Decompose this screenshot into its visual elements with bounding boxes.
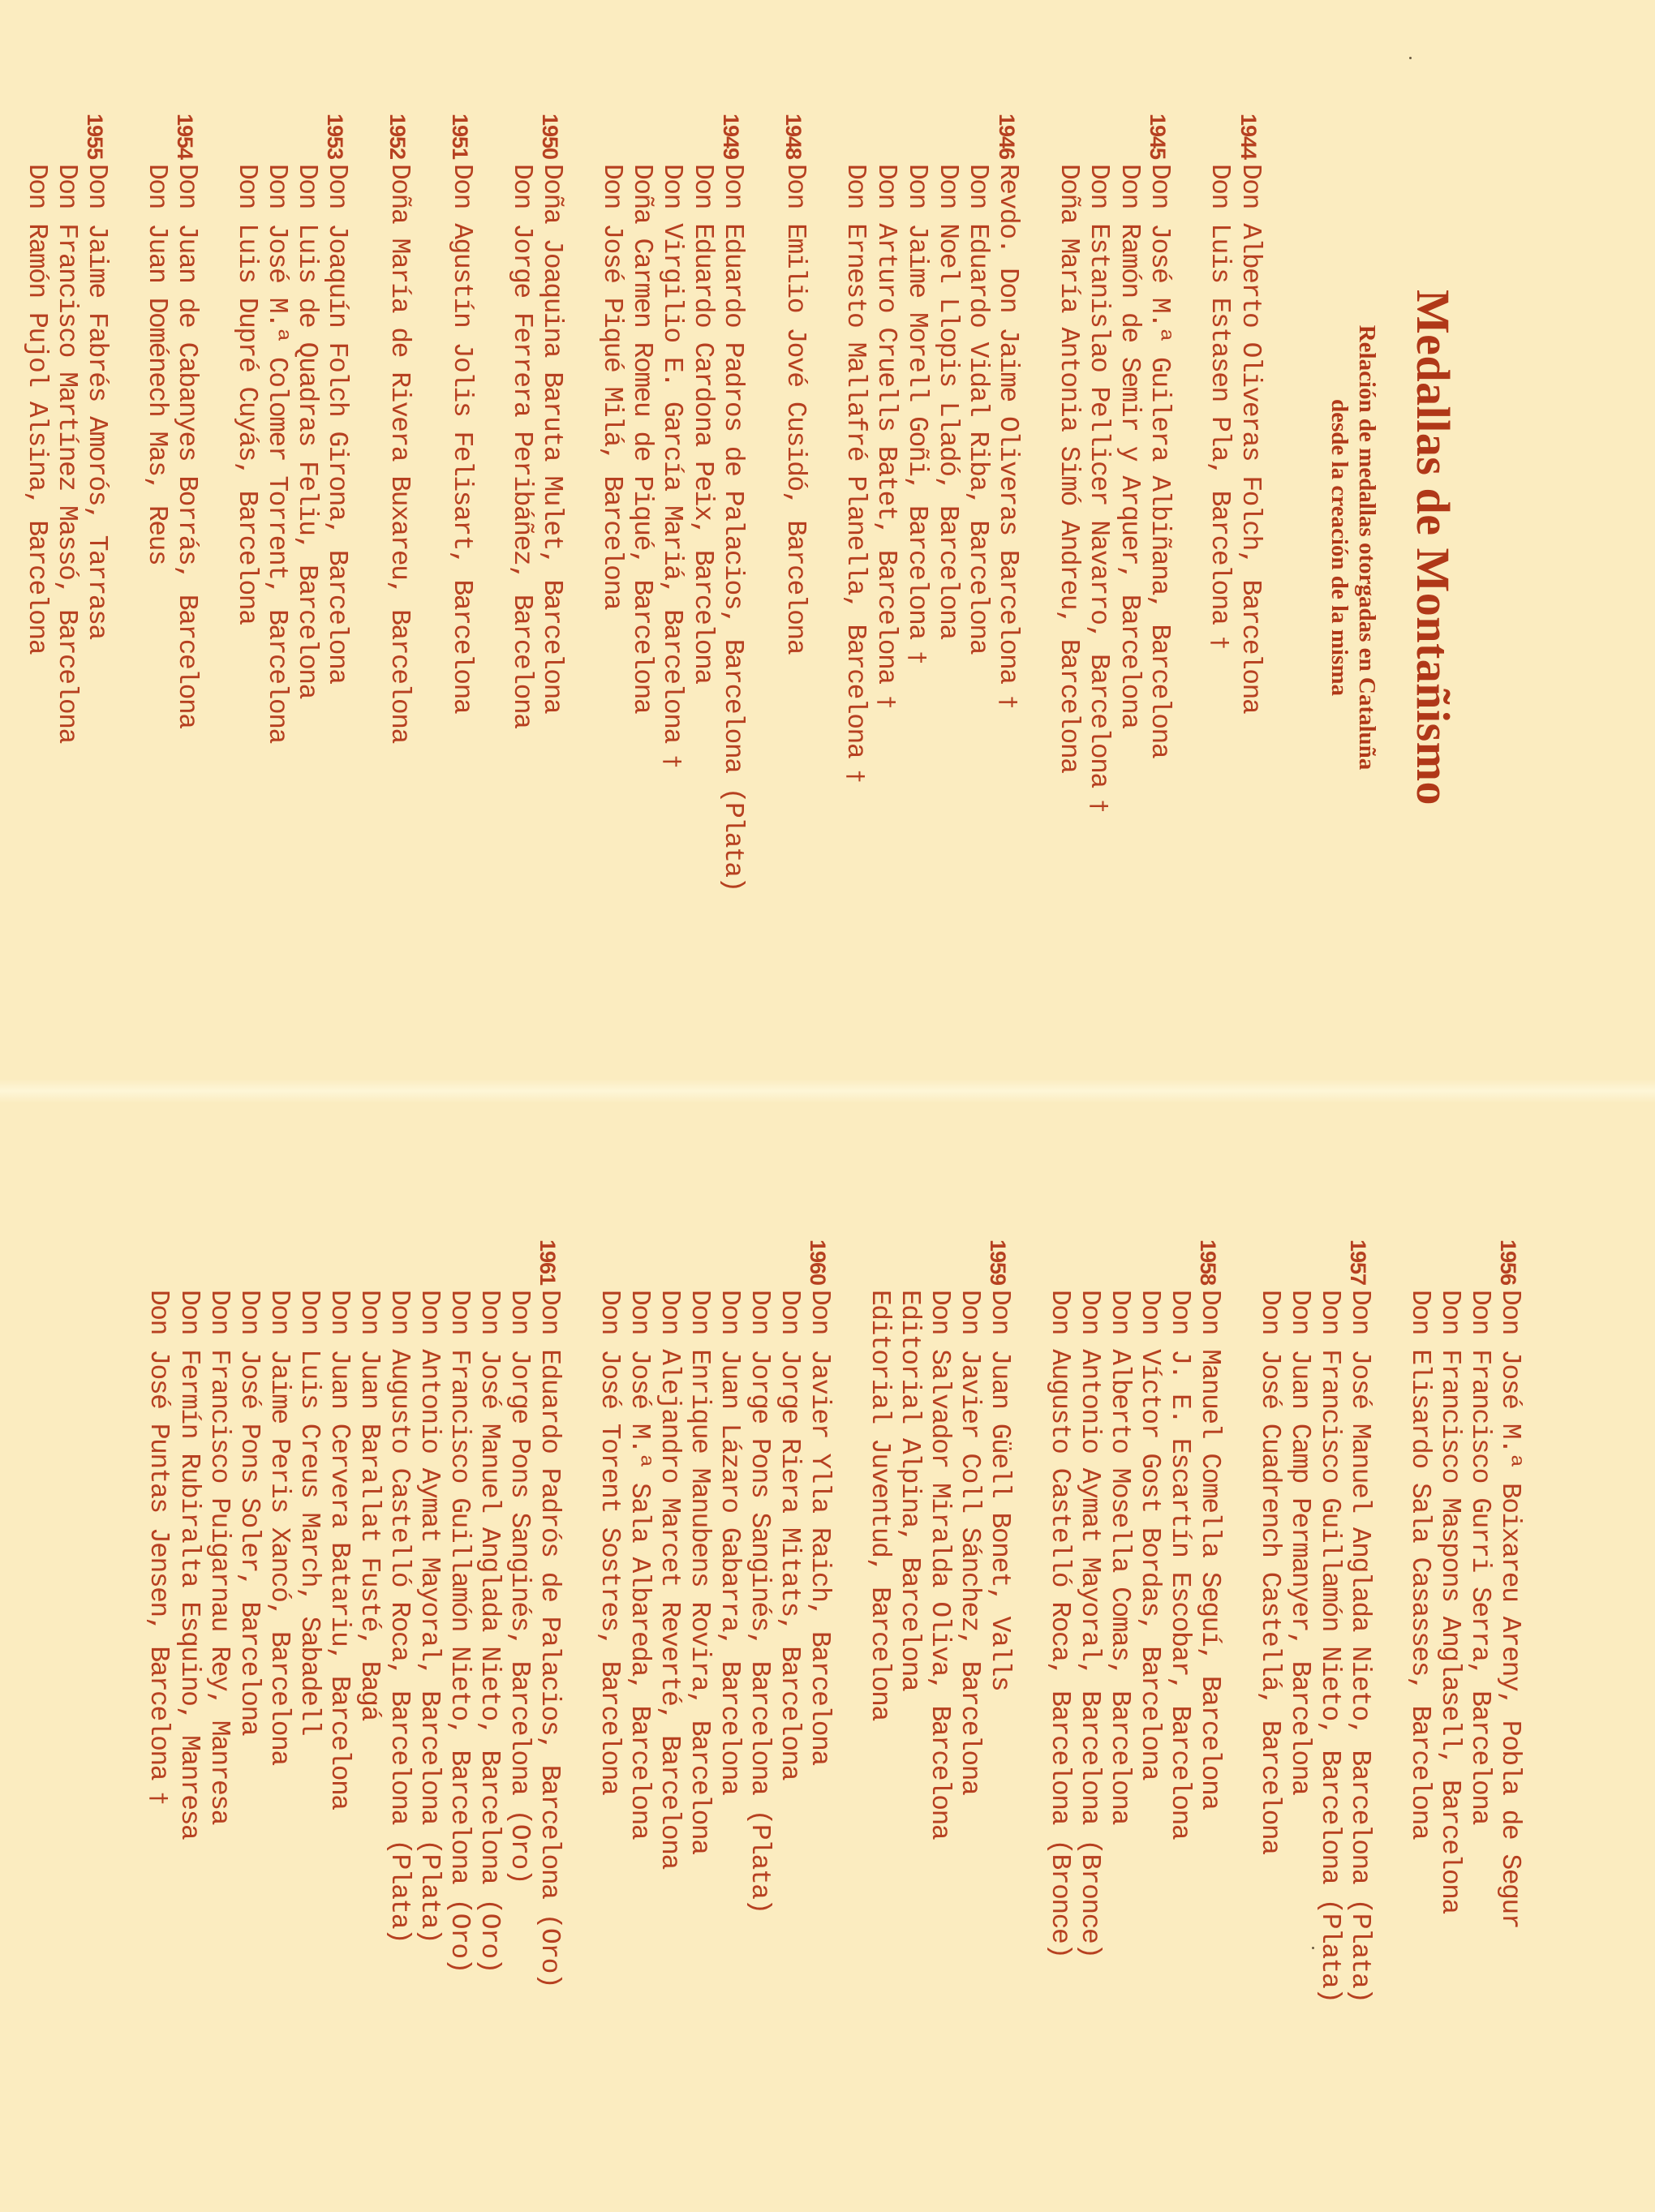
year-label: 1956 xyxy=(1405,1239,1525,1290)
recipient-name: Don José Torent Sostres, Barcelona xyxy=(595,1290,625,1794)
year-group-1960: 1960Don Javier Ylla Raich, BarcelonaDon … xyxy=(595,1239,835,2172)
recipient-name: Don Francisco Guillamón Nieto, Barcelona… xyxy=(1315,1290,1345,2003)
recipient-name: Doña María de Rivera Buxareu, Barcelona xyxy=(385,164,415,743)
recipient-entry: Don Antonio Aymat Mayoral, Barcelona (Pl… xyxy=(415,1290,445,2172)
deceased-cross-icon: † xyxy=(1086,801,1113,811)
recipient-name: Don Jorge Ferrera Peribáñez, Barcelona xyxy=(507,164,537,728)
recipient-entry: Don Luis Dupré Cuyás, Barcelona xyxy=(232,164,262,1046)
right-column-medal-list: 1956Don José M.ª Boixareu Areny, Pobla d… xyxy=(114,1239,1525,2172)
recipient-entry: Don José Puntas Jensen, Barcelona† xyxy=(144,1290,174,2172)
recipient-name: Don Virgilio E. García Mariá, Barcelona xyxy=(657,164,687,743)
recipient-entry: Don Juan Barallat Fusté, Bagá xyxy=(355,1290,385,2172)
recipient-entry: Don Juan Camp Permanyer, Barcelona xyxy=(1285,1290,1315,2172)
recipient-entry: Don Juan Güell Bonet, Valls xyxy=(985,1290,1015,2172)
recipient-name: Don Agustín Jolis Felisart, Barcelona xyxy=(447,164,477,713)
recipient-name: Don Augusto Castelló Roca, Barcelona (Pl… xyxy=(385,1290,415,1943)
recipient-list: Don Joaquín Folch Girona, BarcelonaDon L… xyxy=(232,164,352,1046)
recipient-name: Don Antonio Aymat Mayoral, Barcelona (Br… xyxy=(1075,1290,1105,1958)
recipient-entry: Don Eduardo Padrós de Palacios, Barcelon… xyxy=(535,1290,565,2172)
page-subtitle-line-2: desde la creación de la misma xyxy=(1326,81,1353,1014)
recipient-list: Doña María de Rivera Buxareu, Barcelona xyxy=(382,164,415,1046)
recipient-name: Don Jorge Pons Sanginés, Barcelona (Oro) xyxy=(505,1290,535,1883)
recipient-entry: Don Javier Ylla Raich, Barcelona xyxy=(805,1290,835,2172)
year-label: 1955 xyxy=(22,114,112,164)
recipient-name: Don Juan Lázaro Gabarra, Barcelona xyxy=(715,1290,745,1794)
recipient-name: Don Ernesto Mallafré Planella, Barcelona xyxy=(840,164,870,758)
recipient-name: Don José M.ª Guilera Albiñana, Barcelona xyxy=(1145,164,1175,758)
year-group-1949: 1949Don Eduardo Padros de Palacios, Barc… xyxy=(597,114,748,1046)
recipient-name: Doña María Antonia Simó Andreu, Barcelon… xyxy=(1054,164,1084,772)
recipient-list: Don Jaime Fabrés Amorós, TarrasaDon Fran… xyxy=(22,164,112,1046)
recipient-entry: Don Jorge Riera Mitats, Barcelona xyxy=(775,1290,805,2172)
left-column-medal-list: 1944Don Alberto Oliveras Folch, Barcelon… xyxy=(0,114,1266,1046)
recipient-entry: Don Jaime Peris Xancó, Barcelona xyxy=(264,1290,294,2172)
year-group-1954: 1954Don Juan de Cabanyes Borrás, Barcelo… xyxy=(142,114,202,1046)
recipient-list: Don Javier Ylla Raich, BarcelonaDon Jorg… xyxy=(595,1290,835,2172)
recipient-entry: Doña María Antonia Simó Andreu, Barcelon… xyxy=(1054,164,1084,1046)
deceased-cross-icon: † xyxy=(995,697,1022,707)
recipient-name: Don José Cuadrench Castellá, Barcelona xyxy=(1255,1290,1285,1854)
recipient-name: Don Ramón de Semir y Arquer, Barcelona xyxy=(1115,164,1145,728)
recipient-name: Don Luis Estasen Pla, Barcelona xyxy=(1205,164,1235,624)
recipient-name: Don Alberto Oliveras Folch, Barcelona xyxy=(1236,164,1266,713)
recipient-name: Don Antonio Aymat Mayoral, Barcelona (Pl… xyxy=(415,1290,445,1943)
year-group-1953: 1953Don Joaquín Folch Girona, BarcelonaD… xyxy=(232,114,352,1046)
recipient-entry: Don Ramón de Semir y Arquer, Barcelona xyxy=(1115,164,1145,1046)
recipient-entry: Don Emilio Jové Cusidó, Barcelona xyxy=(780,164,810,1046)
recipient-name: Editorial Alpina, Barcelona xyxy=(895,1290,925,1690)
recipient-name: Don Arturo Cruells Batet, Barcelona xyxy=(871,164,901,684)
recipient-name: Don Jaime Morell Goñi, Barcelona xyxy=(902,164,932,639)
recipient-name: Don José M.ª Boixareu Areny, Pobla de Se… xyxy=(1495,1290,1525,1928)
recipient-entry: Don José Manuel Anglada Nieto, Barcelona… xyxy=(1345,1290,1375,2172)
year-label: 1957 xyxy=(1255,1239,1375,1290)
recipient-name: Don Luis de Quadras Feliu, Barcelona xyxy=(292,164,322,698)
recipient-entry: Don Juan Cervera Batariu, Barcelona xyxy=(325,1290,355,2172)
recipient-entry: Don Luis Creus March, Sabadell xyxy=(294,1290,325,2172)
recipient-name: Don José M.ª Sala Albareda, Barcelona xyxy=(625,1290,655,1839)
recipient-name: Don Juan Doménech Mas, Reus xyxy=(142,164,172,565)
recipient-entry: Doña Joaquina Baruta Mulet, Barcelona xyxy=(537,164,567,1046)
recipient-entry: Don Arturo Cruells Batet, Barcelona† xyxy=(871,164,902,1046)
recipient-entry: Don Javier Coll Sánchez, Barcelona xyxy=(955,1290,985,2172)
recipient-name: Don Francisco Guillamón Nieto, Barcelona… xyxy=(445,1290,475,1973)
recipient-name: Don José Piqué Milá, Barcelona xyxy=(597,164,627,609)
recipient-entry: Don Juan de Cabanyes Borrás, Barcelona xyxy=(172,164,202,1046)
year-group-1957: 1957Don José Manuel Anglada Nieto, Barce… xyxy=(1255,1239,1375,2172)
recipient-entry: Don Juan Lázaro Gabarra, Barcelona xyxy=(715,1290,745,2172)
recipient-entry: Don Estanislao Pellicer Navarro, Barcelo… xyxy=(1084,164,1115,1046)
year-label: 1950 xyxy=(507,114,567,164)
recipient-entry: Don José Torent Sostres, Barcelona xyxy=(595,1290,625,2172)
recipient-list: Don José M.ª Guilera Albiñana, Barcelona… xyxy=(1054,164,1175,1046)
page-subtitle-line-1: Relación de medallas otorgadas en Catalu… xyxy=(1353,81,1381,1014)
recipient-entry: Editorial Juventud, Barcelona xyxy=(865,1290,895,2172)
recipient-entry: Don José Pons Soler, Barcelona xyxy=(234,1290,264,2172)
recipient-entry: Don José Cuadrench Castellá, Barcelona xyxy=(1255,1290,1285,2172)
recipient-name: Don Francisco Maspons Anglasell, Barcelo… xyxy=(1435,1290,1465,1913)
year-label: 1949 xyxy=(597,114,748,164)
recipient-entry: Don Eduardo Padros de Palacios, Barcelon… xyxy=(718,164,748,1046)
recipient-name: Don J. E. Escartín Escobar, Barcelona xyxy=(1165,1290,1195,1839)
recipient-entry: Don Enrique Manubens Rovira, Barcelona xyxy=(685,1290,715,2172)
recipient-name: Don Augusto Castelló Roca, Barcelona (Br… xyxy=(1045,1290,1075,1958)
recipient-entry: Don Ernesto Mallafré Planella, Barcelona… xyxy=(840,164,871,1046)
recipient-list: Don Emilio Jové Cusidó, Barcelona xyxy=(778,164,810,1046)
recipient-entry: Don Francisco Gurri Serra, Barcelona xyxy=(1465,1290,1495,2172)
recipient-name: Don Juan de Cabanyes Borrás, Barcelona xyxy=(172,164,202,728)
recipient-name: Don Alejandro Marcet Reverté, Barcelona xyxy=(655,1290,685,1869)
year-label: 1961 xyxy=(144,1239,565,1290)
recipient-name: Don Francisco Gurri Serra, Barcelona xyxy=(1465,1290,1495,1824)
recipient-name: Don Eduardo Cardona Peix, Barcelona xyxy=(688,164,718,684)
recipient-entry: Don Manuel Comella Seguí, Barcelona xyxy=(1195,1290,1225,2172)
recipient-entry: Don Salvador Miralda Oliva, Barcelona xyxy=(925,1290,955,2172)
recipient-entry: Don Luis Estasen Pla, Barcelona† xyxy=(1205,164,1236,1046)
recipient-name: Don Juan Cervera Batariu, Barcelona xyxy=(325,1290,355,1810)
recipient-entry: Don J. E. Escartín Escobar, Barcelona xyxy=(1165,1290,1195,2172)
recipient-entry: Don Jorge Ferrera Peribáñez, Barcelona xyxy=(507,164,537,1046)
recipient-entry: Don Fermín Rubiralta Esquino, Manresa xyxy=(174,1290,204,2172)
recipient-name: Don José Pons Soler, Barcelona xyxy=(234,1290,264,1735)
deceased-cross-icon: † xyxy=(146,1793,173,1803)
recipient-entry: Don Antonio Aymat Mayoral, Barcelona (Br… xyxy=(1075,1290,1105,2172)
recipient-name: Doña Joaquina Baruta Mulet, Barcelona xyxy=(537,164,567,713)
recipient-entry: Don Augusto Castelló Roca, Barcelona (Br… xyxy=(1045,1290,1075,2172)
year-group-1948: 1948Don Emilio Jové Cusidó, Barcelona xyxy=(778,114,810,1046)
recipient-name: Don Alberto Mosella Comas, Barcelona xyxy=(1105,1290,1135,1824)
recipient-entry: Don Francisco Guillamón Nieto, Barcelona… xyxy=(445,1290,475,2172)
recipient-entry: Don Jaime Morell Goñi, Barcelona† xyxy=(902,164,933,1046)
deceased-cross-icon: † xyxy=(843,771,870,781)
year-label: 1958 xyxy=(1045,1239,1225,1290)
year-group-1944: 1944Don Alberto Oliveras Folch, Barcelon… xyxy=(1205,114,1266,1046)
paper-fold-crease xyxy=(0,1079,1655,1103)
recipient-name: Don Fermín Rubiralta Esquino, Manresa xyxy=(174,1290,204,1839)
year-group-1956: 1956Don José M.ª Boixareu Areny, Pobla d… xyxy=(1405,1239,1525,2172)
recipient-name: Don José Puntas Jensen, Barcelona xyxy=(144,1290,174,1780)
paper-speck xyxy=(1409,57,1412,59)
year-label: 1951 xyxy=(445,114,477,164)
year-label: 1948 xyxy=(778,114,810,164)
recipient-entry: Don José Manuel Anglada Nieto, Barcelona… xyxy=(475,1290,505,2172)
recipient-entry: Doña María de Rivera Buxareu, Barcelona xyxy=(385,164,415,1046)
recipient-entry: Don José M.ª Guilera Albiñana, Barcelona xyxy=(1145,164,1175,1046)
recipient-entry: Don Ramón Pujol Alsina, Barcelona xyxy=(22,164,52,1046)
recipient-entry: Don Augusto Castelló Roca, Barcelona (Pl… xyxy=(385,1290,415,2172)
recipient-entry: Don Francisco Guillamón Nieto, Barcelona… xyxy=(1315,1290,1345,2172)
year-label: 1944 xyxy=(1205,114,1266,164)
recipient-name: Don Noel Llopis Lladó, Barcelona xyxy=(933,164,963,639)
paper-speck xyxy=(1312,1947,1314,1949)
recipient-list: Don Manuel Comella Seguí, BarcelonaDon J… xyxy=(1045,1290,1225,2172)
recipient-entry: Don Alberto Oliveras Folch, Barcelona xyxy=(1236,164,1266,1046)
deceased-cross-icon: † xyxy=(905,652,931,663)
recipient-entry: Doña Carmen Romeu de Piqué, Barcelona xyxy=(627,164,657,1046)
year-label: 1953 xyxy=(232,114,352,164)
recipient-entry: Don José M.ª Boixareu Areny, Pobla de Se… xyxy=(1495,1290,1525,2172)
recipient-name: Don José Manuel Anglada Nieto, Barcelona… xyxy=(475,1290,505,1973)
recipient-name: Don Enrique Manubens Rovira, Barcelona xyxy=(685,1290,715,1854)
recipient-name: Editorial Juventud, Barcelona xyxy=(865,1290,895,1720)
year-group-1959: 1959Don Juan Güell Bonet, VallsDon Javie… xyxy=(865,1239,1015,2172)
recipient-list: Don Agustín Jolis Felisart, Barcelona xyxy=(445,164,477,1046)
recipient-entry: Don Noel Llopis Lladó, Barcelona xyxy=(933,164,963,1046)
recipient-name: Don Eduardo Vidal Riba, Barcelona xyxy=(963,164,993,654)
recipient-name: Don Javier Coll Sánchez, Barcelona xyxy=(955,1290,985,1794)
recipient-entry: Don Juan Doménech Mas, Reus xyxy=(142,164,172,1046)
page-title: Medallas de Montañismo xyxy=(1406,81,1460,1014)
year-group-1961: 1961Don Eduardo Padrós de Palacios, Barc… xyxy=(144,1239,565,2172)
recipient-entry: Don Alejandro Marcet Reverté, Barcelona xyxy=(655,1290,685,2172)
recipient-name: Revdo. Don Jaime Oliveras Barcelona xyxy=(993,164,1023,684)
recipient-entry: Don Eduardo Vidal Riba, Barcelona xyxy=(963,164,993,1046)
year-label: 1952 xyxy=(382,114,415,164)
deceased-cross-icon: † xyxy=(1207,637,1234,647)
year-group-1955: 1955Don Jaime Fabrés Amorós, TarrasaDon … xyxy=(22,114,112,1046)
year-label: 1945 xyxy=(1054,114,1175,164)
recipient-name: Don Juan Camp Permanyer, Barcelona xyxy=(1285,1290,1315,1794)
recipient-entry: Don Jaime Fabrés Amorós, Tarrasa xyxy=(82,164,112,1046)
recipient-name: Don Manuel Comella Seguí, Barcelona xyxy=(1195,1290,1225,1810)
recipient-name: Don Juan Güell Bonet, Valls xyxy=(985,1290,1015,1690)
recipient-entry: Don Luis de Quadras Feliu, Barcelona xyxy=(292,164,322,1046)
year-group-1950: 1950Doña Joaquina Baruta Mulet, Barcelon… xyxy=(507,114,567,1046)
recipient-list: Don Alberto Oliveras Folch, BarcelonaDon… xyxy=(1205,164,1266,1046)
recipient-list: Revdo. Don Jaime Oliveras Barcelona†Don … xyxy=(840,164,1024,1046)
recipient-entry: Don Virgilio E. García Mariá, Barcelona† xyxy=(657,164,688,1046)
recipient-entry: Don Joaquín Folch Girona, Barcelona xyxy=(322,164,352,1046)
recipient-entry: Editorial Alpina, Barcelona xyxy=(895,1290,925,2172)
recipient-entry: Don José M.ª Sala Albareda, Barcelona xyxy=(625,1290,655,2172)
deceased-cross-icon: † xyxy=(874,697,901,707)
recipient-name: Don José Manuel Anglada Nieto, Barcelona… xyxy=(1345,1290,1375,2003)
year-label: 1959 xyxy=(865,1239,1015,1290)
recipient-list: Don José M.ª Boixareu Areny, Pobla de Se… xyxy=(1405,1290,1525,2172)
year-group-1951: 1951Don Agustín Jolis Felisart, Barcelon… xyxy=(445,114,477,1046)
deceased-cross-icon: † xyxy=(660,756,686,767)
recipient-entry: Revdo. Don Jaime Oliveras Barcelona† xyxy=(993,164,1024,1046)
recipient-entry: Don Francisco Maspons Anglasell, Barcelo… xyxy=(1435,1290,1465,2172)
recipient-entry: Don José M.ª Colomer Torrent, Barcelona xyxy=(262,164,292,1046)
recipient-entry: Don Francisco Puigarnau Rey, Manresa xyxy=(204,1290,234,2172)
recipient-entry: Don Elisardo Sala Casasses, Barcelona xyxy=(1405,1290,1435,2172)
recipient-entry: Don Eduardo Cardona Peix, Barcelona xyxy=(688,164,718,1046)
recipient-name: Don Salvador Miralda Oliva, Barcelona xyxy=(925,1290,955,1839)
recipient-name: Doña Carmen Romeu de Piqué, Barcelona xyxy=(627,164,657,713)
recipient-name: Don Elisardo Sala Casasses, Barcelona xyxy=(1405,1290,1435,1839)
recipient-name: Don Jorge Riera Mitats, Barcelona xyxy=(775,1290,805,1780)
recipient-name: Don Jorge Pons Sanginés, Barcelona (Plat… xyxy=(745,1290,775,1913)
recipient-entry: Don Alberto Mosella Comas, Barcelona xyxy=(1105,1290,1135,2172)
recipient-entry: Don José Piqué Milá, Barcelona xyxy=(597,164,627,1046)
year-label: 1954 xyxy=(142,114,202,164)
recipient-entry: Don Víctor Gost Bordas, Barcelona xyxy=(1135,1290,1165,2172)
recipient-name: Don Joaquín Folch Girona, Barcelona xyxy=(322,164,352,684)
recipient-name: Don Ramón Pujol Alsina, Barcelona xyxy=(22,164,52,654)
recipient-name: Don Francisco Martínez Massó, Barcelona xyxy=(52,164,82,743)
year-label: 1960 xyxy=(595,1239,835,1290)
recipient-name: Don José M.ª Colomer Torrent, Barcelona xyxy=(262,164,292,743)
recipient-list: Don Juan de Cabanyes Borrás, BarcelonaDo… xyxy=(142,164,202,1046)
recipient-list: Don Juan Güell Bonet, VallsDon Javier Co… xyxy=(865,1290,1015,2172)
recipient-list: Doña Joaquina Baruta Mulet, BarcelonaDon… xyxy=(507,164,567,1046)
rotated-document-page: Medallas de Montañismo Relación de medal… xyxy=(0,0,1655,2212)
year-group-1958: 1958Don Manuel Comella Seguí, BarcelonaD… xyxy=(1045,1239,1225,2172)
recipient-name: Don Francisco Puigarnau Rey, Manresa xyxy=(204,1290,234,1824)
recipient-name: Don Estanislao Pellicer Navarro, Barcelo… xyxy=(1084,164,1114,788)
recipient-name: Don Javier Ylla Raich, Barcelona xyxy=(805,1290,835,1765)
recipient-entry: Don Jorge Pons Sanginés, Barcelona (Oro) xyxy=(505,1290,535,2172)
recipient-name: Don Jaime Fabrés Amorós, Tarrasa xyxy=(82,164,112,639)
recipient-entry: Don Jorge Pons Sanginés, Barcelona (Plat… xyxy=(745,1290,775,2172)
recipient-name: Don Luis Dupré Cuyás, Barcelona xyxy=(232,164,262,624)
recipient-name: Don Juan Barallat Fusté, Bagá xyxy=(355,1290,385,1720)
recipient-name: Don Luis Creus March, Sabadell xyxy=(294,1290,325,1735)
year-group-1946: 1946Revdo. Don Jaime Oliveras Barcelona†… xyxy=(840,114,1024,1046)
recipient-name: Don Eduardo Padros de Palacios, Barcelon… xyxy=(718,164,748,891)
year-group-1952: 1952Doña María de Rivera Buxareu, Barcel… xyxy=(382,114,415,1046)
recipient-name: Don Eduardo Padrós de Palacios, Barcelon… xyxy=(535,1290,565,1987)
recipient-list: Don Eduardo Padrós de Palacios, Barcelon… xyxy=(144,1290,565,2172)
recipient-name: Don Víctor Gost Bordas, Barcelona xyxy=(1135,1290,1165,1780)
recipient-name: Don Emilio Jové Cusidó, Barcelona xyxy=(780,164,810,654)
year-label: 1946 xyxy=(840,114,1024,164)
recipient-list: Don José Manuel Anglada Nieto, Barcelona… xyxy=(1255,1290,1375,2172)
recipient-entry: Don Francisco Martínez Massó, Barcelona xyxy=(52,164,82,1046)
recipient-name: Don Jaime Peris Xancó, Barcelona xyxy=(264,1290,294,1765)
year-group-1945: 1945Don José M.ª Guilera Albiñana, Barce… xyxy=(1054,114,1175,1046)
recipient-list: Don Eduardo Padros de Palacios, Barcelon… xyxy=(597,164,748,1046)
recipient-entry: Don Agustín Jolis Felisart, Barcelona xyxy=(447,164,477,1046)
